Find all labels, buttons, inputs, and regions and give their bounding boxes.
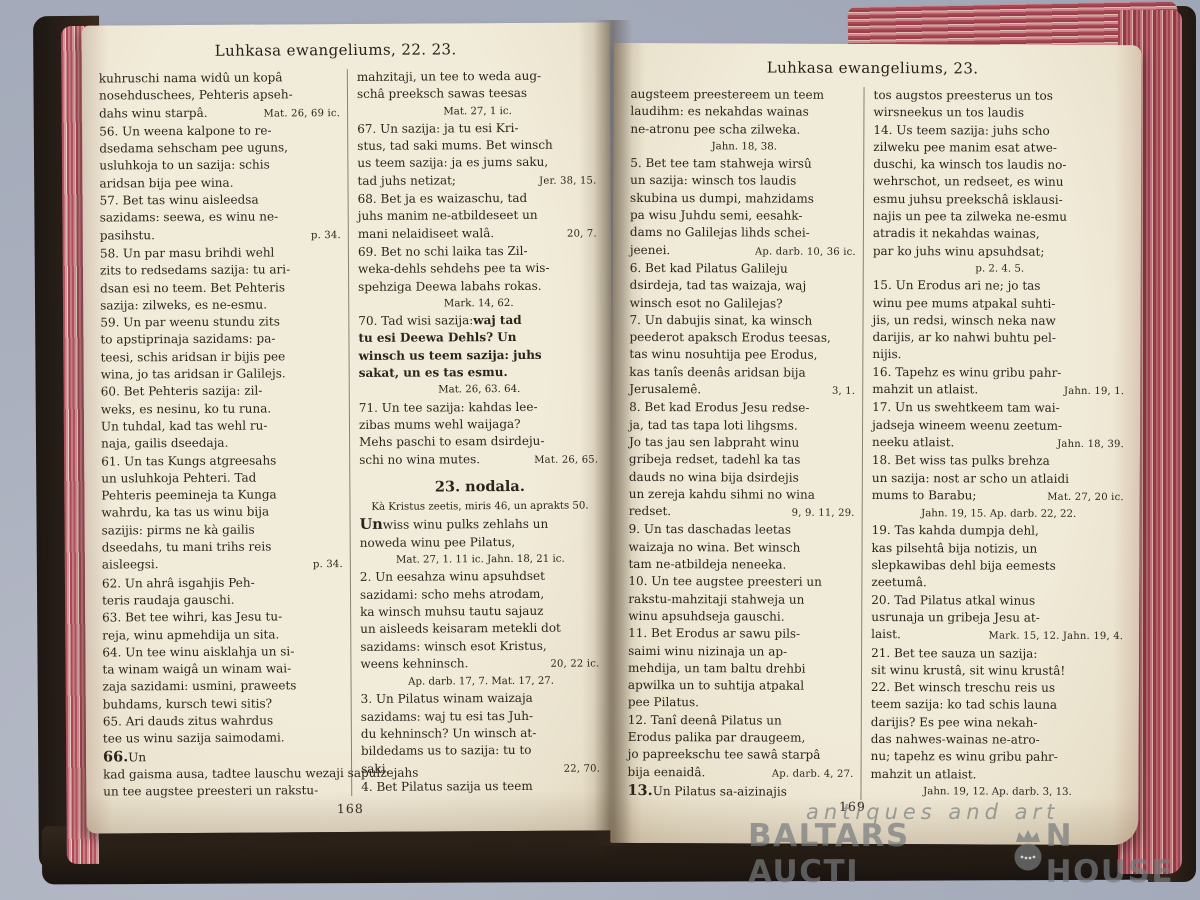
text-line: Mat. 27, 1 ic. [357,102,598,121]
text-line: kad gaisma ausa, tadtee lauschu wezaji s… [103,765,346,784]
text-line: bija eenaidâ.Ap. darb. 4, 27. [628,763,856,782]
text-line: Ap. darb. 17, 7. Mat. 17, 27. [361,673,602,692]
text-line: dams no Galilejas lihds schei- [630,224,858,242]
text-line: un sazija: winsch tos laudis [630,172,858,190]
text-line: 3. Un Pilatus winam waizaja [361,690,602,709]
text-line: tas winu nosuhtija pee Erodus, [629,346,857,364]
left-page-column-2: mahzitaji, un tee to weda aug-schâ preek… [347,67,602,796]
text-line: 21. Bet tee sauza un sazija: [871,644,1125,662]
text-line: Jerusalemê.3, 1. [629,381,857,400]
text-line: p. 2. 4. 5. [873,260,1127,278]
text-line: apwilka un to suhtija atpakal [628,677,856,695]
text-line: schâ preeksch sawas teesas [357,85,598,104]
text-line: ja, tad tas tapa loti lihgsms. [629,417,857,435]
text-line: sit winu krustâ, sit winu krustâ! [871,662,1125,680]
text-line: wahrdu, ka tas us winu bija [101,503,344,522]
text-line: 62. Un ahrâ isgahjis Peh- [102,574,345,593]
text-line: spehziga Deewa labahs rokas. [358,277,599,296]
text-line: mahzitaji, un tee to weda aug- [357,67,598,86]
text-line: zibas mums wehl waijaga? [359,415,600,434]
text-line: winu pee mums atpakal suhti- [873,295,1127,313]
text-line: ka winsch muhsu tautu sajauz [360,602,601,621]
right-page-column-2: tos augstos preesterus un toswirsneekus … [860,87,1127,801]
text-line: sazidami: scho mehs atrodam, [360,585,601,604]
text-line: 18. Bet wiss tas pulks brehza [872,452,1126,470]
text-line: ta winam waigâ un winam wai- [102,660,345,679]
text-line: weens kehninsch.20, 22 ic. [360,654,601,674]
text-line: reja, winu apmehdija un sita. [102,626,345,645]
text-line: skubina us dumpi, mahzidams [630,190,858,208]
text-line: 6. Bet kad Pilatus Galileju [630,260,858,278]
text-line: redset.9, 9. 11, 29. [629,503,857,522]
text-line: 9. Un tas daschadas leetas [629,521,857,539]
text-line: laist.Mark. 15, 12. Jahn. 19, 4. [871,626,1125,645]
text-line: sazija: zilweks, es ne-esmu. [100,296,343,315]
text-line: 2. Un eesahza winu apsuhdset [360,568,601,587]
text-line: mani nelaidiseet walâ.20, 7. [358,224,599,244]
text-line: ne-atronu pee scha zilweka. [630,121,858,139]
text-line: winsch us teem sazija: juhs [359,346,600,365]
text-line: kas tanîs deenâs aridsan bija [629,364,857,382]
text-line: slepkawibas dehl bija eemests [871,557,1125,575]
text-line: 64. Un tee winu aisklahja un si- [102,643,345,662]
text-line: dsan esi no teem. Bet Pehteris [100,279,343,298]
text-line: wina, jo tas aridsan ir Galilejs. [101,365,344,384]
text-line: weka-dehls sehdehs pee ta wis- [358,260,599,279]
text-line: 4. Bet Pilatus sazija us teem [361,777,602,796]
text-line: duschi, ka winsch tos laudis no- [873,156,1127,174]
text-line: rakstu-mahzitaji stahweja un [628,591,856,609]
text-line: nu; tapehz es winu gribu pahr- [871,748,1125,766]
text-line: un tee augstee preesteri un rakstu- [103,782,346,801]
text-line: Erodus palika par draugeem, [628,729,856,747]
text-line: aridsan bija pee wina. [99,174,342,193]
text-line: tad juhs netizat;Jer. 38, 15. [357,171,598,191]
text-line: 57. Bet tas winu aisleedsa [100,191,343,210]
text-line: mahzit un atlaist. [871,766,1125,784]
text-line: darijis, ar ko nahwi buhtu pel- [872,329,1126,347]
text-line: neeku atlaist.Jahn. 18, 39. [872,434,1126,453]
text-line: 22. Bet winsch treschu reis us [871,679,1125,697]
text-line: peederot apaksch Erodus teesas, [629,329,857,347]
text-line: to apstiprinaja sazidams: pa- [100,330,343,349]
text-line: Kà Kristus zeetis, miris 46, un aprakts … [359,498,600,517]
text-line: Pehteris peemineja ta Kunga [101,486,344,505]
text-line: nosehduschees, Pehteris apseh- [99,86,342,105]
text-line: sazidams: winsch esot Kristus, [360,637,601,656]
left-page-number: 168 [86,799,614,817]
text-line: Jahn. 18, 38. [630,138,858,156]
text-line: 7. Un dabujis sinat, ka winsch [629,312,857,330]
left-page-column-1: kuhruschi nama widû un kopânosehduschees… [99,69,346,801]
text-line: esmu juhsu preekschâ isklausi- [873,191,1127,209]
text-line: kuhruschi nama widû un kopâ [99,69,342,88]
text-line: tam ne-atbildeja neneeka. [628,556,856,574]
text-line: 20. Tad Pilatus atkal winus [871,592,1125,610]
text-line: sazijis: pirms ne kà gailis [102,521,345,540]
text-line: 16. Tapehz es winu gribu pahr- [872,364,1126,382]
text-line: kas pilsehtâ bija notizis, un [872,540,1126,558]
right-page-number: 169 [588,798,1116,815]
right-page: Luhkasa ewangeliums, 23. augsteem preest… [610,43,1141,845]
text-line: mahzit un atlaist.Jahn. 19, 1. [872,381,1126,400]
text-line: sazidams: waj tu esi tas Juh- [361,707,602,726]
text-line: saimi winu nizinaja un ap- [628,642,856,660]
text-line: 66. Un [103,747,346,767]
text-line: Mat. 27, 1. 11 ic. Jahn. 18, 21 ic. [360,550,601,569]
text-line: jeenei.Ap. darb. 10, 36 ic. [630,242,858,261]
text-line: 56. Un weena kalpone to re- [99,122,342,141]
text-line: sakat, un es tas esmu. [359,364,600,383]
right-page-header: Luhkasa ewangeliums, 23. [614,58,1132,78]
text-line: 65. Ari dauds zitus wahrdus [103,712,346,731]
text-line: Mark. 14, 62. [358,294,599,313]
text-line: 11. Bet Erodus ar sawu pils- [628,625,856,643]
text-line: teem sazija: ko tad schis launa [871,696,1125,714]
text-line: darijis? Es pee wina nekah- [871,714,1125,732]
text-line: 12. Tanî deenâ Pilatus un [628,712,856,730]
text-line: 61. Un tas Kungs atgreesahs [101,452,344,471]
text-line: tos augstos preesterus un tos [873,87,1127,105]
text-line: un sazija: nost ar scho un atlaidi [872,470,1126,488]
text-line: wirsneekus un tos laudis [873,104,1127,122]
text-line: bildedams us to sazija: tu to [361,742,602,761]
text-line: dsirdeja, tad tas waizaja, waj [630,277,858,295]
text-line: 14. Us teem sazija: juhs scho [873,122,1127,140]
text-line: saki.22, 70. [361,759,602,779]
text-line: usluhkoja to un sazija: schis [99,157,342,176]
text-line: augsteem preestereem un teem [630,86,858,104]
text-line: noweda winu pee Pilatus, [360,533,601,552]
text-line: juhs manim ne-atbildeseet un [358,207,599,226]
text-line: 67. Un sazija: ja tu esi Kri- [357,119,598,138]
text-line: mums to Barabu;Mat. 27, 20 ic. [872,487,1126,506]
text-line: teris raudaja gauschi. [102,591,345,610]
text-line: usrunaja un gribeja Jesu at- [871,609,1125,627]
text-line: zeetumâ. [871,574,1125,592]
text-line: 58. Un par masu brihdi wehl [100,244,343,263]
text-line: par ko juhs winu apsuhdsat; [873,243,1127,261]
text-line: wehrschot, un redseet, es winu [873,173,1127,191]
text-line: us teem sazija: ja es jums saku, [357,154,598,173]
text-line: dsedama sehscham pee uguns, [99,139,342,158]
text-line: jadseja wineem weenu zeetum- [872,417,1126,435]
text-line: Jahn. 19, 15. Ap. darb. 22, 22. [872,505,1126,523]
text-line: nijis. [872,346,1126,364]
text-line: tu esi Deewa Dehls? Un [358,329,599,348]
text-line: Jo tas jau sen labpraht winu [629,434,857,452]
text-line: schi no wina mutes.Mat. 26, 65. [359,450,600,470]
text-line: 70. Tad wisi sazija: waj tad [358,312,599,331]
text-line: 69. Bet no schi laika tas Zil- [358,242,599,261]
text-line: dseedahs, tu mani trihs reis [102,538,345,557]
text-line: gribeja redset, tadehl ka tas [629,451,857,469]
text-line: jo papreekschu tee sawâ starpâ [628,746,856,764]
text-line: winu apsuhdseja gauschi. [628,608,856,626]
text-line: dahs winu starpâ.Mat. 26, 69 ic. [99,104,342,124]
text-line: winsch esot no Galilejas? [630,294,858,312]
text-line: stus, tad saki mums. Bet winsch [357,137,598,156]
text-line: pee Pilatus. [628,694,856,712]
text-line: du kehninsch? Un winsch at- [361,724,602,743]
text-line: zilweku pee manim esat atwe- [873,139,1127,157]
text-line: Un tuhdal, kad tas wehl ru- [101,417,344,436]
text-line: 71. Un tee sazija: kahdas lee- [359,398,600,417]
text-line: zaja sazidami: usmini, praweets [103,677,346,696]
text-line: dauds no wina bija dsirdejis [629,468,857,486]
text-line: un usluhkoja Pehteri. Tad [101,469,344,488]
text-line: najis un pee ta zilweka ne-esmu [873,208,1127,226]
text-line: un aisleeds keisaram metekli dot [360,620,601,639]
text-line: teesi, schis aridsan ir bijis pee [101,348,344,367]
text-line: atradis it nekahdas wainas, [873,225,1127,243]
text-line: buhdams, kursch tewi sitis? [103,695,346,714]
text-line: Un wiss winu pulks zehlahs un [360,515,601,535]
text-line: 63. Bet tee wihri, kas Jesu tu- [102,608,345,627]
text-line: 5. Bet tee tam stahweja wirsû [630,155,858,173]
text-line: Mat. 26, 63. 64. [359,381,600,400]
text-line: pa wisu Juhdu semi, eesahk- [630,207,858,225]
text-line: un zereja kahdu sihmi no wina [629,486,857,504]
text-line: das nahwes-wainas ne-atro- [871,731,1125,749]
text-line: pasihstu.p. 34. [100,226,343,246]
text-line: sazidams: seewa, es winu ne- [100,208,343,227]
text-line: naja, gailis dseedaja. [101,434,344,453]
text-line: 68. Bet ja es waizaschu, tad [358,190,599,209]
text-line: mehdija, un tam baltu drehbi [628,660,856,678]
text-line: aisleegsi.p. 34. [102,555,345,575]
text-line: jis, un redsi, winsch neka naw [873,312,1127,330]
left-page-header: Luhkasa ewangeliums, 22. 23. [92,40,580,61]
right-page-column-1: augsteem preestereem un teemlaudihm: es … [627,86,858,801]
text-line: 15. Un Erodus ari ne; jo tas [873,277,1127,295]
text-line: 19. Tas kahda dumpja dehl, [872,522,1126,540]
text-line: waizaja no wina. Bet winsch [629,539,857,557]
text-line: 10. Un tee augstee preesteri un [628,573,856,591]
text-line: weks, es nesinu, ko tu runa. [101,400,344,419]
text-line: 23. nodala. [359,477,600,496]
photo-of-open-book: { "scene": { "background_color": "#a8aeb… [0,0,1200,900]
left-page: Luhkasa ewangeliums, 22. 23. kuhruschi n… [82,22,615,833]
text-line: Mehs paschi to esam dsirdeju- [359,433,600,452]
text-line: 60. Bet Pehteris sazija: zil- [101,382,344,401]
text-line: zits to redsedams sazija: tu ari- [100,261,343,280]
text-line: 59. Un par weenu stundu zits [100,313,343,332]
text-line: laudihm: es nekahdas wainas [630,103,858,121]
text-line: tee us winu sazija saimodami. [103,729,346,748]
text-line: 8. Bet kad Erodus Jesu redse- [629,399,857,417]
text-line: 17. Un us swehtkeem tam wai- [872,399,1126,417]
